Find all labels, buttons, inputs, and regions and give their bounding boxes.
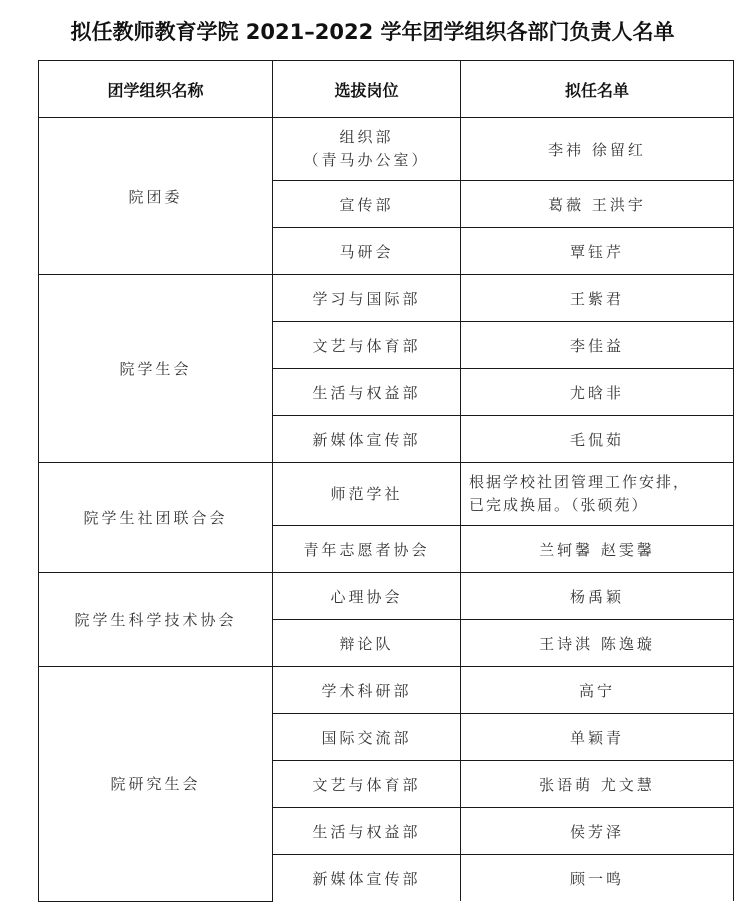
- position-cell: 新媒体宣传部: [273, 416, 461, 463]
- appointees-cell: 葛薇 王洪宇: [461, 181, 734, 228]
- table-row: 院学生会 学习与国际部 王紫君: [39, 275, 734, 322]
- appointees-cell: 尤晗非: [461, 369, 734, 416]
- position-cell: 生活与权益部: [273, 808, 461, 855]
- page-crop-edge: [0, 910, 745, 914]
- appointees-note-line: 已完成换届。（张硕苑）: [469, 494, 733, 517]
- position-cell: 文艺与体育部: [273, 761, 461, 808]
- position-line: （青马办公室）: [273, 149, 460, 172]
- table-row: 院学生科学技术协会 心理协会 杨禹颖: [39, 573, 734, 620]
- appointees-cell: 根据学校社团管理工作安排， 已完成换届。（张硕苑）: [461, 463, 734, 526]
- appointees-cell: 毛侃茹: [461, 416, 734, 463]
- organization-cell: 院研究生会: [39, 667, 273, 902]
- table-row: 院学生社团联合会 师范学社 根据学校社团管理工作安排， 已完成换届。（张硕苑）: [39, 463, 734, 526]
- position-cell: 宣传部: [273, 181, 461, 228]
- appointees-cell: 王诗淇 陈逸璇: [461, 620, 734, 667]
- appointees-cell: 覃钰芹: [461, 228, 734, 275]
- document-title: 拟任教师教育学院 2021–2022 学年团学组织各部门负责人名单: [0, 16, 745, 46]
- position-cell: 学术科研部: [273, 667, 461, 714]
- position-cell: 心理协会: [273, 573, 461, 620]
- position-cell: 组织部 （青马办公室）: [273, 118, 461, 181]
- position-cell: 辩论队: [273, 620, 461, 667]
- appointees-cell: 杨禹颖: [461, 573, 734, 620]
- table-row: 院团委 组织部 （青马办公室） 李祎 徐留红: [39, 118, 734, 181]
- table-row: 院研究生会 学术科研部 高宁: [39, 667, 734, 714]
- position-line: 组织部: [273, 126, 460, 149]
- appointment-table: 团学组织名称 选拔岗位 拟任名单 院团委 组织部 （青马办公室） 李祎 徐留红 …: [38, 60, 734, 902]
- position-cell: 新媒体宣传部: [273, 855, 461, 902]
- appointees-cell: 顾一鸣: [461, 855, 734, 902]
- appointees-note-line: 根据学校社团管理工作安排，: [469, 471, 733, 494]
- appointees-cell: 王紫君: [461, 275, 734, 322]
- position-cell: 生活与权益部: [273, 369, 461, 416]
- position-cell: 青年志愿者协会: [273, 526, 461, 573]
- appointees-cell: 李祎 徐留红: [461, 118, 734, 181]
- organization-cell: 院团委: [39, 118, 273, 275]
- appointees-cell: 单颖青: [461, 714, 734, 761]
- position-cell: 文艺与体育部: [273, 322, 461, 369]
- appointees-cell: 李佳益: [461, 322, 734, 369]
- header-organization: 团学组织名称: [39, 61, 273, 118]
- table-header-row: 团学组织名称 选拔岗位 拟任名单: [39, 61, 734, 118]
- organization-cell: 院学生科学技术协会: [39, 573, 273, 667]
- organization-cell: 院学生会: [39, 275, 273, 463]
- appointees-cell: 高宁: [461, 667, 734, 714]
- appointees-cell: 兰轲馨 赵雯馨: [461, 526, 734, 573]
- appointees-cell: 张语萌 尤文慧: [461, 761, 734, 808]
- header-appointees: 拟任名单: [461, 61, 734, 118]
- position-cell: 马研会: [273, 228, 461, 275]
- header-position: 选拔岗位: [273, 61, 461, 118]
- appointees-cell: 侯芳泽: [461, 808, 734, 855]
- position-cell: 国际交流部: [273, 714, 461, 761]
- position-cell: 师范学社: [273, 463, 461, 526]
- position-cell: 学习与国际部: [273, 275, 461, 322]
- organization-cell: 院学生社团联合会: [39, 463, 273, 573]
